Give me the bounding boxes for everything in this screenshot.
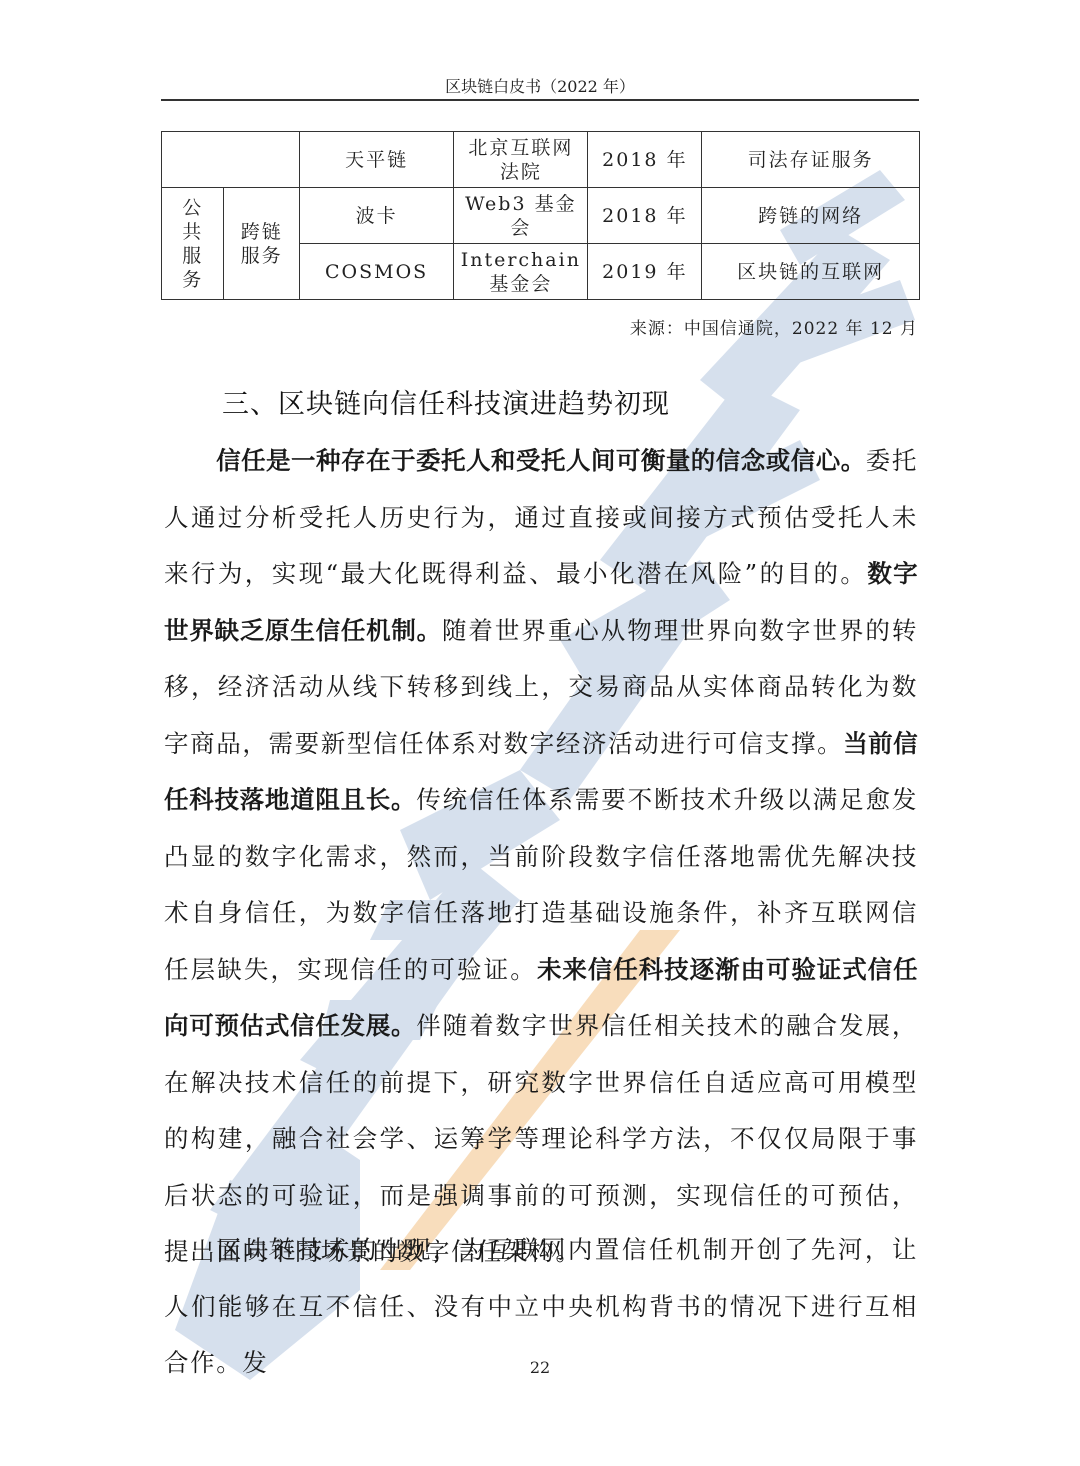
body-paragraph: 信任是一种存在于委托人和受托人间可衡量的信念或信心。委托人通过分析受托人历史行为… [164,433,918,1281]
table-cell-empty [162,132,300,188]
table-source-note: 来源：中国信通院，2022 年 12 月 [630,314,918,339]
table-cell-year: 2018 年 [588,188,702,244]
table-cell-name: 波卡 [300,188,454,244]
table-cell-description: 区块链的互联网 [702,244,920,300]
page-number: 22 [0,1358,1080,1377]
table-cell-organization: 北京互联网法院 [454,132,588,188]
table-cell-year: 2019 年 [588,244,702,300]
table-cell-category: 公共服务 [162,188,224,300]
table-row: 公共服务 跨链服务 波卡 Web3 基金会 2018 年 跨链的网络 [162,188,920,244]
table-cell-subcategory: 跨链服务 [224,188,300,300]
table-cell-description: 跨链的网络 [702,188,920,244]
paragraph-text: 区块链技术的出现，为互联网内置信任机制开创了先河，让人们能够在互不信任、没有中立… [164,1235,918,1377]
blockchain-projects-table: 天平链 北京互联网法院 2018 年 司法存证服务 公共服务 跨链服务 波卡 W… [161,131,920,300]
table-row: 天平链 北京互联网法院 2018 年 司法存证服务 [162,132,920,188]
header-divider [161,99,919,101]
table-cell-name: COSMOS [300,244,454,300]
bold-key-sentence: 信任是一种存在于委托人和受托人间可衡量的信念或信心。 [216,446,866,475]
table-cell-organization: Web3 基金会 [454,188,588,244]
table-cell-year: 2018 年 [588,132,702,188]
table-cell-description: 司法存证服务 [702,132,920,188]
table-cell-organization: Interchain 基金会 [454,244,588,300]
table-cell-name: 天平链 [300,132,454,188]
section-heading: 三、区块链向信任科技演进趋势初现 [222,382,670,421]
running-header-title: 区块链白皮书（2022 年） [161,74,919,97]
